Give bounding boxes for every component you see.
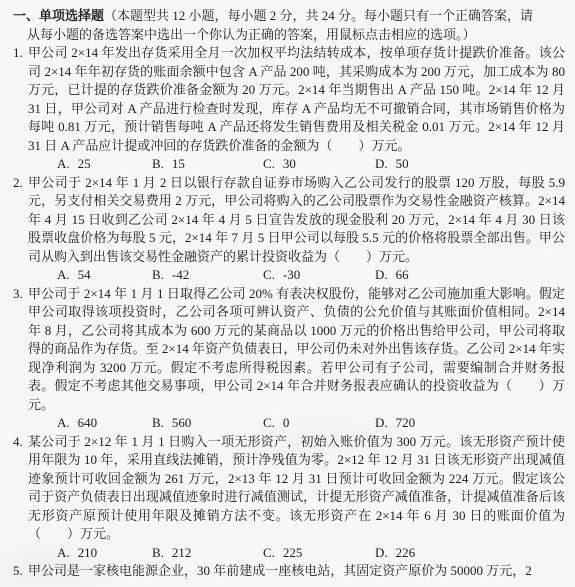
question-2: 2. 甲公司于 2×14 年 1 月 2 日以银行存款自证券市场购入乙公司发行的… [13, 174, 565, 285]
section-header-line1: 一、单项选择题（本题型共 12 小题，每小题 2 分，共 24 分。每小题只有一… [13, 7, 565, 26]
option-label: C. [263, 545, 275, 560]
option-value: 15 [172, 156, 185, 171]
option-label: B. [152, 267, 164, 282]
question-4-option-d[interactable]: D.226 [375, 544, 565, 563]
question-3: 3. 甲公司于 2×14 年 1 月 1 日取得乙公司 20% 有表决权股份，能… [13, 285, 565, 433]
option-label: A. [57, 267, 70, 282]
option-label: A. [57, 156, 70, 171]
option-label: D. [375, 415, 388, 430]
question-3-option-a[interactable]: A.640 [57, 414, 152, 433]
option-label: C. [263, 415, 275, 430]
section-note-line2: 从每小题的备选答案中选出一个你认为正确的答案，用鼠标点击相应的选项。） [27, 27, 476, 42]
question-2-number: 2. [13, 174, 28, 193]
option-label: C. [263, 267, 275, 282]
question-1-text: 甲公司 2×14 年发出存货采用全月一次加权平均法结转成本，按单项存货计提跌价准… [28, 44, 565, 155]
option-label: B. [152, 415, 164, 430]
option-value: 560 [172, 415, 192, 430]
question-3-option-c[interactable]: C.0 [263, 414, 375, 433]
option-value: 54 [78, 267, 91, 282]
section-title: 一、单项选择题 [13, 8, 104, 23]
question-1: 1. 甲公司 2×14 年发出存货采用全月一次加权平均法结转成本，按单项存货计提… [13, 44, 565, 174]
question-1-options: A.25 B.15 C.30 D.50 [28, 155, 565, 174]
question-1-option-b[interactable]: B.15 [152, 155, 263, 174]
option-value: 640 [78, 415, 98, 430]
option-label: D. [375, 156, 388, 171]
question-3-number: 3. [13, 285, 28, 304]
option-value: 212 [172, 545, 192, 560]
question-4-option-c[interactable]: C.225 [263, 544, 375, 563]
question-2-option-b[interactable]: B.-42 [152, 266, 263, 285]
question-3-text: 甲公司于 2×14 年 1 月 1 日取得乙公司 20% 有表决权股份，能够对乙… [28, 285, 565, 415]
question-5-number: 5. [13, 562, 28, 581]
option-value: -42 [172, 267, 189, 282]
question-3-option-d[interactable]: D.720 [375, 414, 565, 433]
option-value: 225 [283, 545, 303, 560]
option-value: 226 [396, 545, 416, 560]
option-value: 50 [396, 156, 409, 171]
option-label: C. [263, 156, 275, 171]
option-label: B. [152, 156, 164, 171]
question-1-option-d[interactable]: D.50 [375, 155, 565, 174]
question-4-option-b[interactable]: B.212 [152, 544, 263, 563]
option-label: B. [152, 545, 164, 560]
exam-page: 一、单项选择题（本题型共 12 小题，每小题 2 分，共 24 分。每小题只有一… [0, 0, 575, 587]
question-4: 4. 某公司于 2×12 年 1 月 1 日购入一项无形资产，初始入账价值为 3… [13, 433, 565, 563]
option-label: D. [375, 545, 388, 560]
section-header-line2: 从每小题的备选答案中选出一个你认为正确的答案，用鼠标点击相应的选项。） [13, 26, 565, 45]
question-4-options: A.210 B.212 C.225 D.226 [28, 544, 565, 563]
question-4-option-a[interactable]: A.210 [57, 544, 152, 563]
option-value: -30 [283, 267, 300, 282]
question-1-number: 1. [13, 44, 28, 63]
option-label: D. [375, 267, 388, 282]
question-3-options: A.640 B.560 C.0 D.720 [28, 414, 565, 433]
question-4-number: 4. [13, 433, 28, 452]
option-value: 30 [283, 156, 296, 171]
option-value: 0 [283, 415, 290, 430]
question-1-option-a[interactable]: A.25 [57, 155, 152, 174]
option-value: 66 [396, 267, 409, 282]
question-3-option-b[interactable]: B.560 [152, 414, 263, 433]
option-label: A. [57, 545, 70, 560]
question-2-text: 甲公司于 2×14 年 1 月 2 日以银行存款自证券市场购入乙公司发行的股票 … [28, 174, 565, 267]
question-1-option-c[interactable]: C.30 [263, 155, 375, 174]
question-2-option-a[interactable]: A.54 [57, 266, 152, 285]
section-note-line1: （本题型共 12 小题，每小题 2 分，共 24 分。每小题只有一个正确答案，请 [104, 8, 533, 23]
section-header: 一、单项选择题（本题型共 12 小题，每小题 2 分，共 24 分。每小题只有一… [13, 7, 565, 44]
option-label: A. [57, 415, 70, 430]
option-value: 210 [78, 545, 98, 560]
question-2-option-c[interactable]: C.-30 [263, 266, 375, 285]
question-5-text: 甲公司是一家核电能源企业，30 年前建成一座核电站，其固定资产原价为 50000… [28, 562, 565, 581]
option-value: 25 [78, 156, 91, 171]
question-2-options: A.54 B.-42 C.-30 D.66 [28, 266, 565, 285]
option-value: 720 [396, 415, 416, 430]
question-2-option-d[interactable]: D.66 [375, 266, 565, 285]
question-5: 5. 甲公司是一家核电能源企业，30 年前建成一座核电站，其固定资产原价为 50… [13, 562, 565, 581]
question-4-text: 某公司于 2×12 年 1 月 1 日购入一项无形资产，初始入账价值为 300 … [28, 433, 565, 544]
